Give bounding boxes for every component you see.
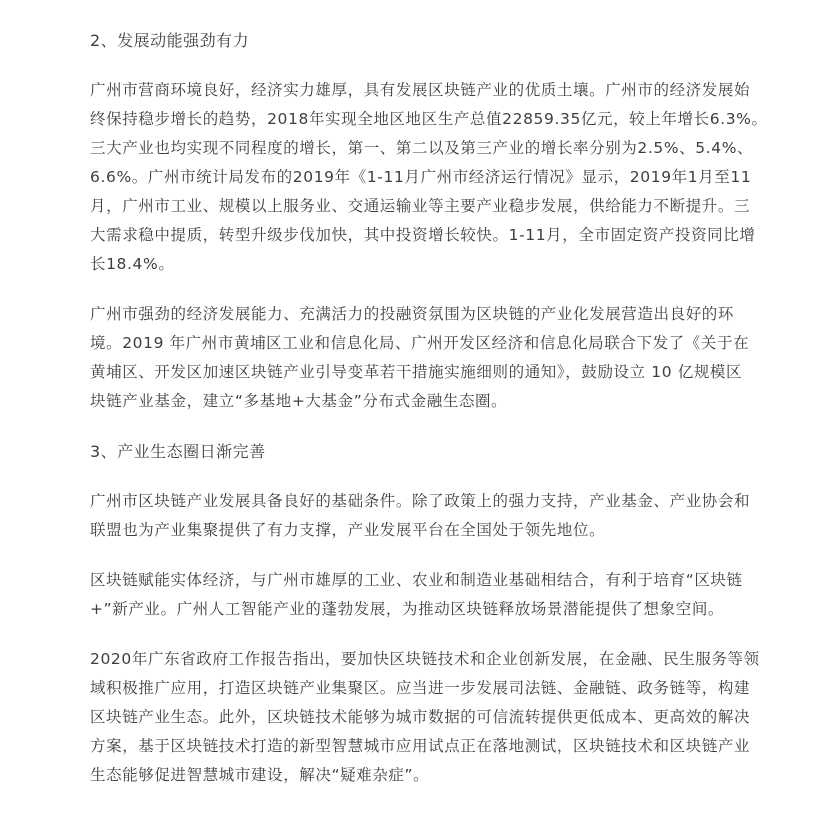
text-line: 生态能够促进智慧城市建设，解决“疑难杂症”。 (90, 761, 750, 790)
paragraph-investment-climate: 广州市强劲的经济发展能力、充满活力的投融资氛围为区块链的产业化发展营造出良好的环… (90, 300, 750, 416)
text-line: 区块链赋能实体经济，与广州市雄厚的工业、农业和制造业基础相结合，有利于培育“区块… (90, 566, 750, 595)
text-line: 方案，基于区块链技术打造的新型智慧城市应用试点正在落地测试，区块链技术和区块链产… (90, 732, 750, 761)
text-line: 区块链产业生态。此外，区块链技术能够为城市数据的可信流转提供更低成本、更高效的解… (90, 703, 750, 732)
paragraph-foundation-conditions: 广州市区块链产业发展具备良好的基础条件。除了政策上的强力支持，产业基金、产业协会… (90, 487, 750, 545)
text-line: 域积极推广应用，打造区块链产业集聚区。应当进一步发展司法链、金融链、政务链等，构… (90, 674, 750, 703)
text-line: 黄埔区、开发区加速区块链产业引导变革若干措施实施细则的通知》，鼓励设立 10 亿… (90, 358, 750, 387)
text-line: 6.6%。广州市统计局发布的2019年《1-11月广州市经济运行情况》显示，20… (90, 163, 750, 192)
text-line: 长18.4%。 (90, 250, 750, 279)
paragraph-real-economy: 区块链赋能实体经济，与广州市雄厚的工业、农业和制造业基础相结合，有利于培育“区块… (90, 566, 750, 624)
text-line: 广州市区块链产业发展具备良好的基础条件。除了政策上的强力支持，产业基金、产业协会… (90, 487, 750, 516)
paragraph-economy-overview: 广州市营商环境良好，经济实力雄厚，具有发展区块链产业的优质土壤。广州市的经济发展… (90, 76, 750, 279)
text-line: +”新产业。广州人工智能产业的蓬勃发展，为推动区块链释放场景潜能提供了想象空间。 (90, 595, 750, 624)
text-line: 终保持稳步增长的趋势，2018年实现全地区地区生产总值22859.35亿元，较上… (90, 105, 750, 134)
section-heading-industry-ecosystem: 3、产业生态圈日渐完善 (90, 437, 750, 466)
text-line: 广州市营商环境良好，经济实力雄厚，具有发展区块链产业的优质土壤。广州市的经济发展… (90, 76, 750, 105)
article-body: 2、发展动能强劲有力 广州市营商环境良好，经济实力雄厚，具有发展区块链产业的优质… (90, 26, 750, 811)
text-line: 境。2019 年广州市黄埔区工业和信息化局、广州开发区经济和信息化局联合下发了《… (90, 329, 750, 358)
text-line: 月，广州市工业、规模以上服务业、交通运输业等主要产业稳步发展，供给能力不断提升。… (90, 192, 750, 221)
text-line: 块链产业基金，建立“多基地+大基金”分布式金融生态圈。 (90, 387, 750, 416)
text-line: 大需求稳中提质，转型升级步伐加快，其中投资增长较快。1-11月，全市固定资产投资… (90, 221, 750, 250)
text-line: 三大产业也均实现不同程度的增长，第一、第二以及第三产业的增长率分别为2.5%、5… (90, 134, 750, 163)
section-heading-development-momentum: 2、发展动能强劲有力 (90, 26, 750, 55)
paragraph-government-report: 2020年广东省政府工作报告指出，要加快区块链技术和企业创新发展，在金融、民生服… (90, 645, 750, 790)
text-line: 2020年广东省政府工作报告指出，要加快区块链技术和企业创新发展，在金融、民生服… (90, 645, 750, 674)
text-line: 联盟也为产业集聚提供了有力支撑，产业发展平台在全国处于领先地位。 (90, 516, 750, 545)
text-line: 广州市强劲的经济发展能力、充满活力的投融资氛围为区块链的产业化发展营造出良好的环 (90, 300, 750, 329)
